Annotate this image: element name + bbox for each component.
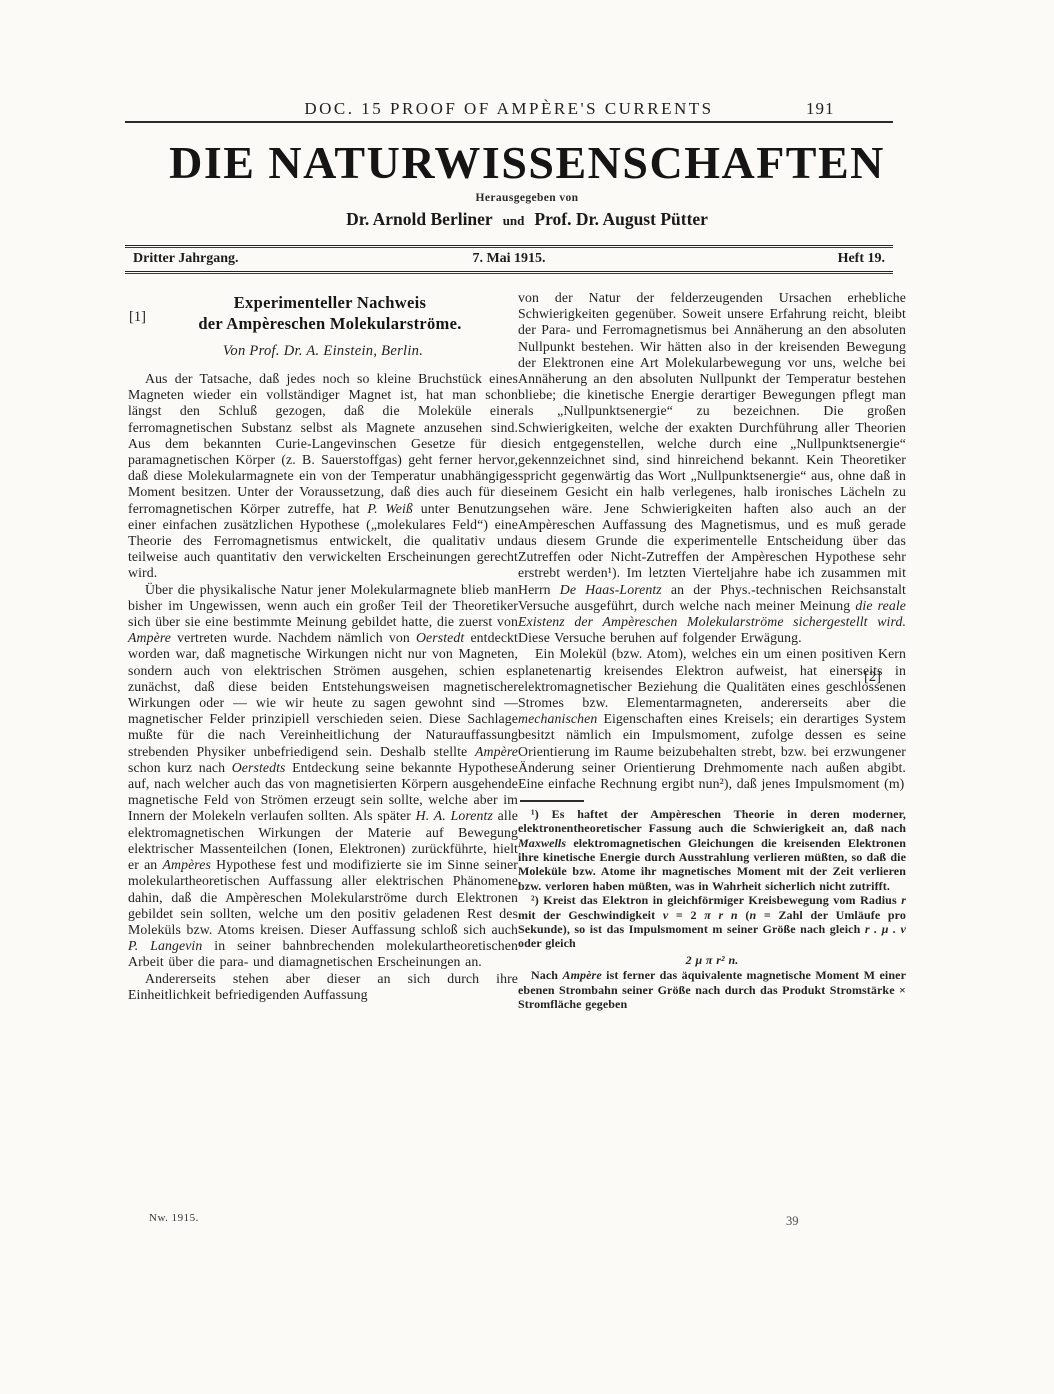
masthead-rule-top <box>125 245 893 248</box>
paragraph: Aus der Tatsache, daß jedes noch so klei… <box>128 371 518 582</box>
masthead-subtitle: Herausgegeben von <box>0 192 1054 204</box>
paragraph: Andererseits stehen aber dieser an sich … <box>128 971 518 1003</box>
editors-conjunction: und <box>493 213 535 228</box>
article-title-line-1: Experimenteller Nachweis <box>142 292 518 313</box>
paragraph: Über die physikalische Natur jener Molek… <box>128 582 518 971</box>
article-title: Experimenteller Nachweis der Ampèreschen… <box>128 292 518 334</box>
printer-signature: Nw. 1915. <box>149 1212 199 1224</box>
footnotes: ¹) Es haftet der Ampèreschen Theorie in … <box>518 807 906 1012</box>
footnote-separator <box>520 800 584 802</box>
issue-info-row: Dritter Jahrgang. 7. Mai 1915. Heft 19. <box>125 251 893 267</box>
masthead-title: DIE NATURWISSENSCHAFTEN <box>0 136 1054 189</box>
right-column: von der Natur der felderzeugenden Ursach… <box>518 290 906 1011</box>
left-column-text: Aus der Tatsache, daß jedes noch so klei… <box>128 371 518 1003</box>
editor-name-puetter: Prof. Dr. August Pütter <box>534 209 708 229</box>
article-byline: Von Prof. Dr. A. Einstein, Berlin. <box>128 343 518 360</box>
journal-page: DOC. 15 PROOF OF AMPÈRE'S CURRENTS 191 D… <box>0 0 1054 1394</box>
footnote-formula: 2 μ π r² n. <box>518 953 906 967</box>
editor-name-berliner: Dr. Arnold Berliner <box>346 209 493 229</box>
running-head: DOC. 15 PROOF OF AMPÈRE'S CURRENTS <box>125 99 893 119</box>
sheet-number: 39 <box>786 1214 799 1229</box>
issue-date: 7. Mai 1915. <box>125 251 893 267</box>
masthead-editors: Dr. Arnold BerlinerundProf. Dr. August P… <box>0 209 1054 230</box>
paragraph: ¹) Es haftet der Ampèreschen Theorie in … <box>518 807 906 893</box>
paragraph: Nach Ampère ist ferner das äquivalente m… <box>518 968 906 1011</box>
header-rule <box>125 121 893 123</box>
masthead-rule-bottom <box>125 271 893 274</box>
left-column: Experimenteller Nachweis der Ampèreschen… <box>128 292 518 1003</box>
paragraph: ²) Kreist das Elektron in gleichförmiger… <box>518 893 906 951</box>
page-number: 191 <box>806 99 835 119</box>
right-column-text: von der Natur der felderzeugenden Ursach… <box>518 290 906 792</box>
paragraph: Ein Molekül (bzw. Atom), welches ein um … <box>518 646 906 792</box>
article-title-line-2: der Ampèreschen Molekularströme. <box>142 313 518 334</box>
paragraph: von der Natur der felderzeugenden Ursach… <box>518 290 906 646</box>
